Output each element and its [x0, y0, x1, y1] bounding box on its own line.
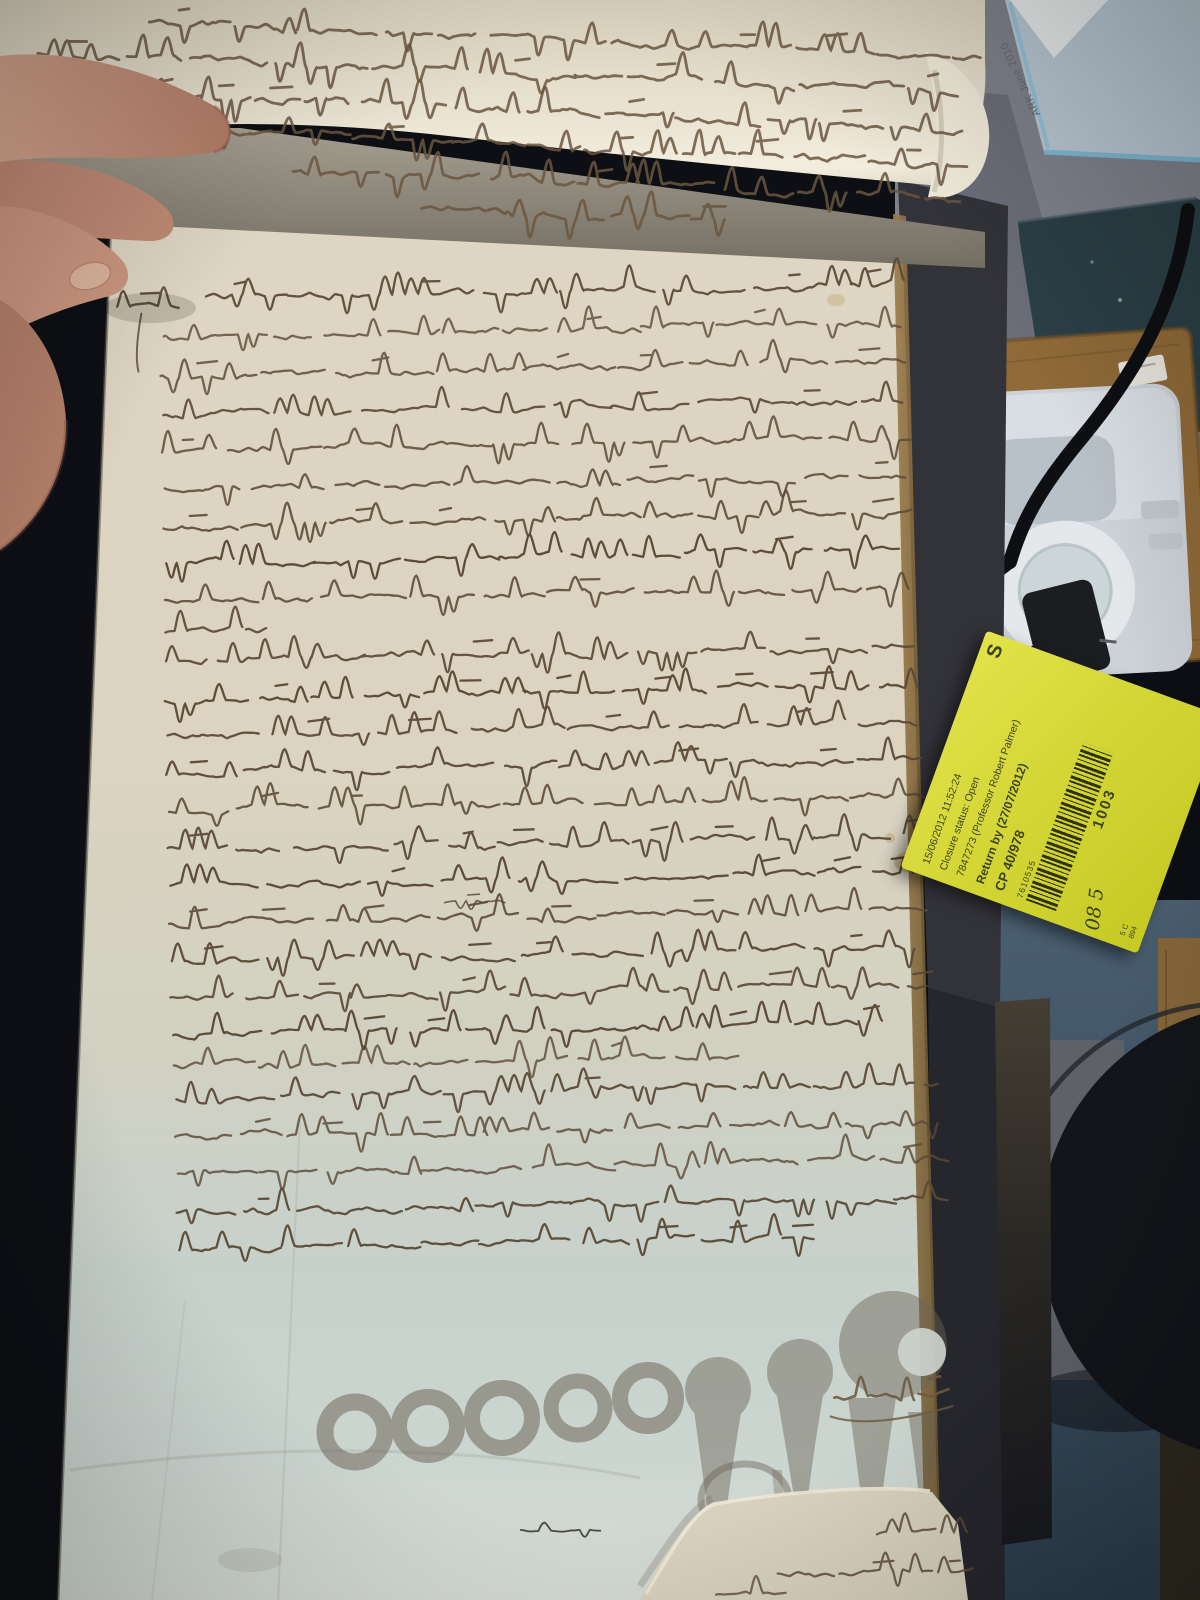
photograph: 15/06/2012 11:52:24 Closure status: Open…: [0, 0, 1200, 1600]
label-handwritten-number: 08 5: [1082, 887, 1108, 931]
label-corner-letter: S: [982, 641, 1008, 661]
label-small-print: 5 C 894: [1117, 922, 1140, 940]
